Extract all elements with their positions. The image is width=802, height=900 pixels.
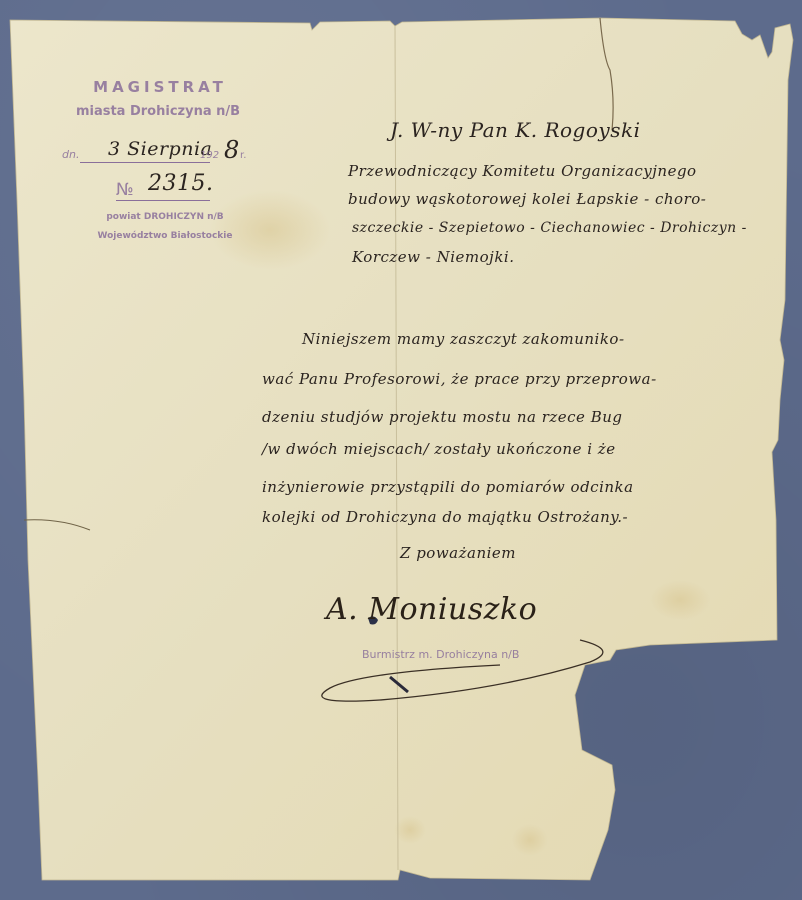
burmistrz-stamp: Burmistrz m. Drohiczyna n/B — [362, 648, 519, 661]
handwritten-year: 8 — [224, 136, 240, 164]
body-line: inżynierowie przystąpili do pomiarów odc… — [262, 478, 634, 496]
addressee-line: budowy wąskotorowej kolei Łapskie - chor… — [348, 190, 706, 208]
addressee-line: Korczew - Niemojki. — [352, 248, 515, 266]
stamp-title: MAGISTRAT — [60, 78, 260, 96]
body-line: /w dwóch miejscach/ zostały ukończone i … — [262, 440, 616, 458]
addressee-line: Przewodniczący Komitetu Organizacyjnego — [348, 162, 697, 180]
stamp-powiat: powiat DROHICZYN n/B — [70, 212, 260, 222]
stamp-year-prefix: 192 — [200, 150, 219, 161]
addressee-line: szczeckie - Szepietowo - Ciechanowiec - … — [352, 220, 747, 236]
stamp-number-prefix: № — [116, 180, 134, 200]
closing: Z poważaniem — [400, 544, 516, 562]
body-line: dzeniu studjów projektu mostu na rzece B… — [262, 408, 623, 426]
stamp-year-suffix: r. — [240, 150, 246, 161]
number-underline — [116, 200, 210, 201]
addressee-name: J. W-ny Pan K. Rogoyski — [390, 118, 640, 142]
stamp-date-prefix: dn. — [62, 148, 79, 161]
body-line: wać Panu Profesorowi, że prace przy prze… — [262, 370, 657, 388]
body-line: Niniejszem mamy zaszczyt zakomuniko- — [302, 330, 625, 348]
signature: A. Moniuszko — [326, 592, 537, 627]
date-underline — [80, 162, 210, 163]
body-line: kolejki od Drohiczyna do majątku Ostroża… — [262, 508, 628, 526]
handwritten-number: 2315. — [148, 171, 213, 196]
stamp-city: miasta Drohiczyna n/B — [38, 104, 278, 119]
handwritten-date: 3 Sierpnia — [108, 138, 212, 160]
stamp-voivodeship: Województwo Białostockie — [70, 231, 260, 241]
